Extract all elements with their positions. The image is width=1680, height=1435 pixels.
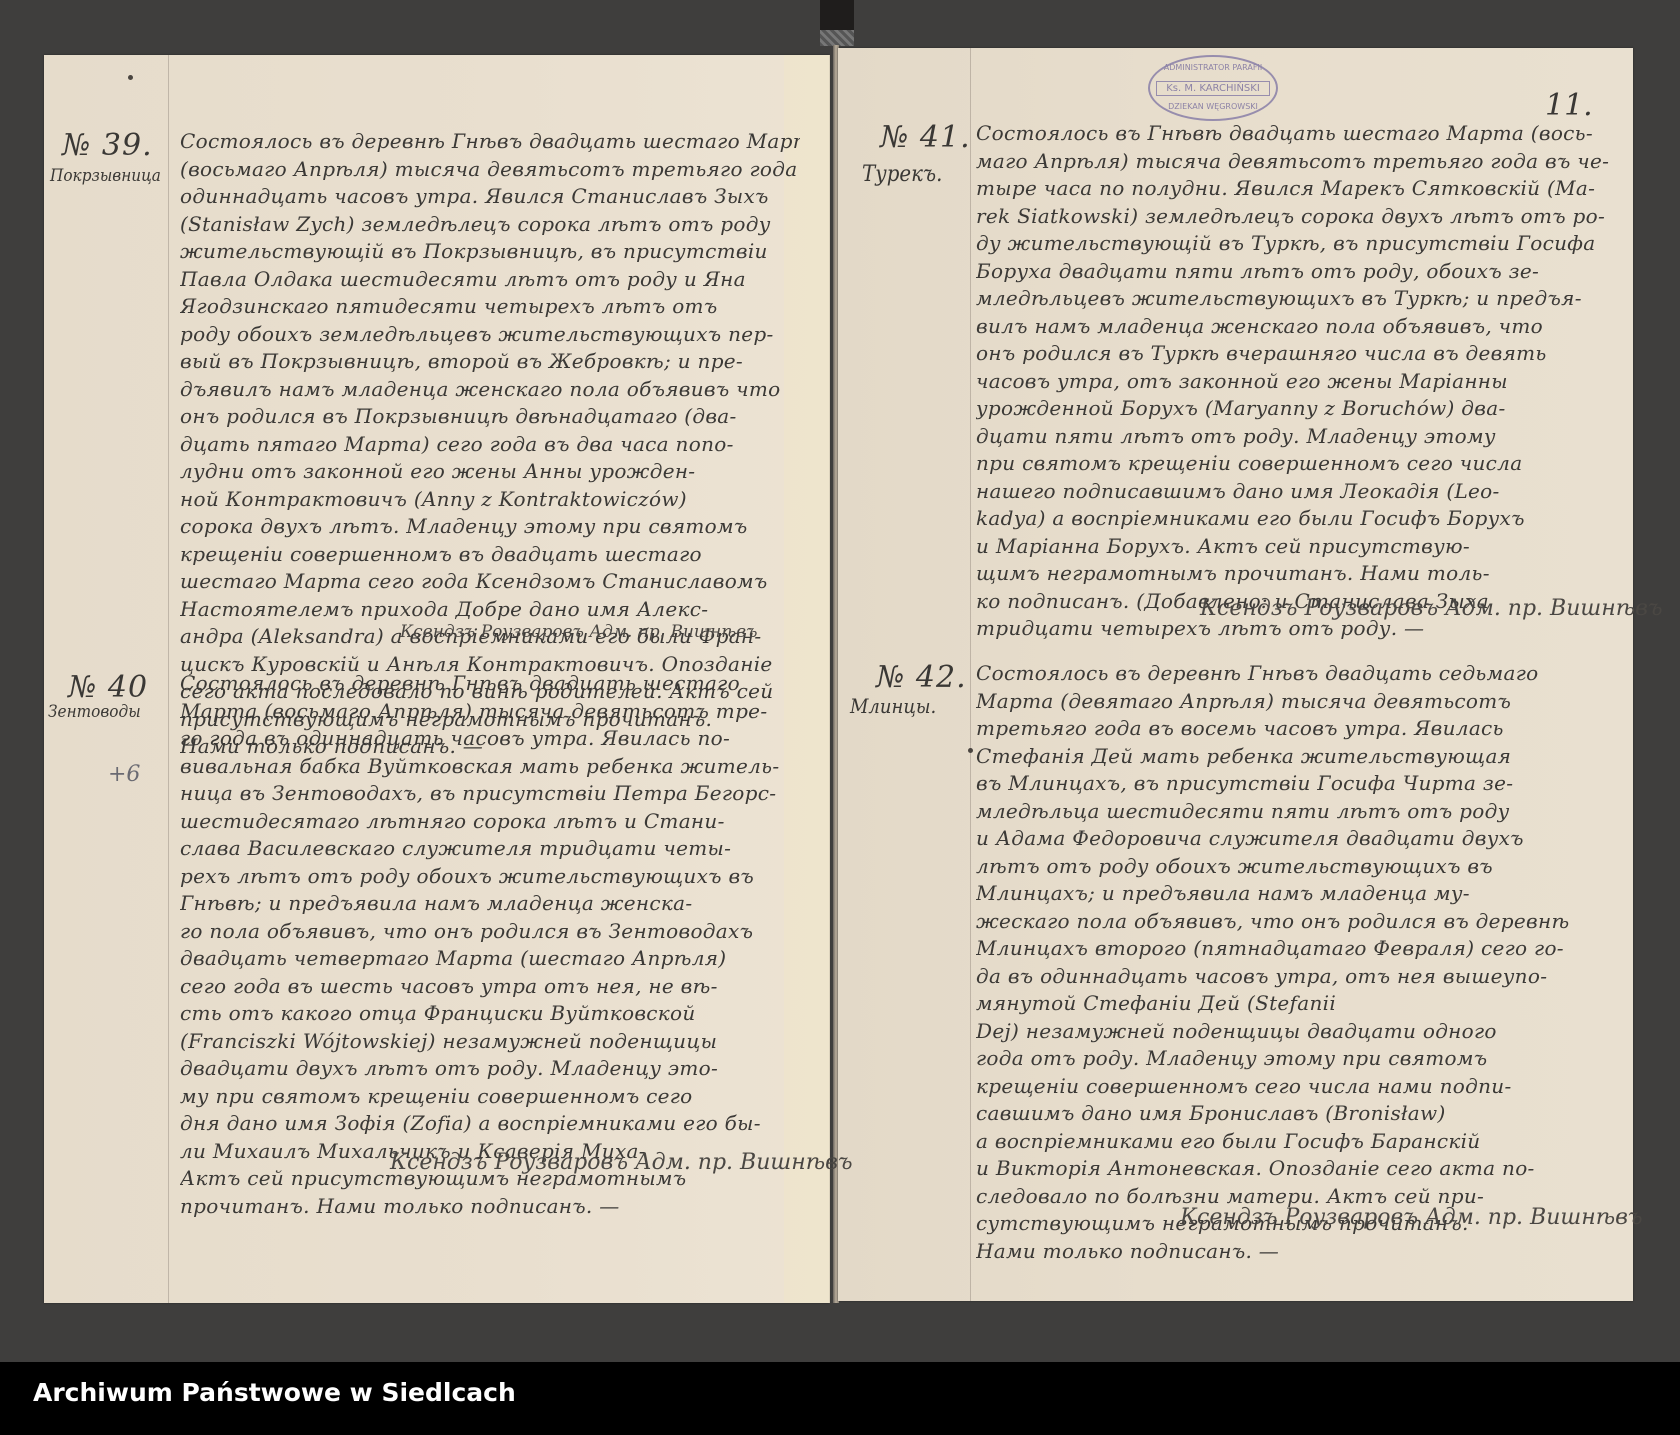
text-line: мледѣльца шестидесяти пяти лѣтъ отъ роду bbox=[976, 798, 1616, 826]
text-line: дня дано имя Зофія (Zofia) а воспріемник… bbox=[180, 1110, 800, 1138]
text-line: (Stanisław Zych) земледѣлецъ сорока лѣтъ… bbox=[180, 211, 800, 239]
text-line: (восьмаго Апрѣля) тысяча девятьсотъ трет… bbox=[180, 156, 800, 184]
text-line: Млинцахъ; и предъявила намъ младенца му- bbox=[976, 880, 1616, 908]
text-line: го пола объявивъ, что онъ родился въ Зен… bbox=[180, 918, 800, 946]
text-line: слава Василевскаго служителя тридцати че… bbox=[180, 835, 800, 863]
text-line: Марта (восьмаго Апрѣля) тысяча девятьсот… bbox=[180, 698, 800, 726]
text-line: rek Siatkowski) земледѣлецъ сорока двухъ… bbox=[976, 203, 1616, 231]
signature: Ксендзъ Роузваровъ Адм. пр. Вишнѣвъ bbox=[400, 622, 757, 642]
entry-place: Зентоводы bbox=[48, 702, 141, 722]
text-line: Состоялось въ деревнѣ Гнѣвъ двадцать шес… bbox=[180, 128, 800, 156]
text-line: Гнѣвѣ; и предъявила намъ младенца женска… bbox=[180, 890, 800, 918]
text-line: дъявилъ намъ младенца женскаго пола объя… bbox=[180, 376, 800, 404]
entry-place: Турекъ. bbox=[862, 162, 942, 187]
text-line: Боруха двадцати пяти лѣтъ отъ роду, обои… bbox=[976, 258, 1616, 286]
ink-dot bbox=[968, 748, 973, 753]
margin-line bbox=[970, 48, 971, 1301]
text-line: му при святомъ крещеніи совершенномъ сег… bbox=[180, 1083, 800, 1111]
text-line: Млинцахъ второго (пятнадцатаго Февраля) … bbox=[976, 935, 1616, 963]
text-line: нашего подписавшимъ дано имя Леокадія (L… bbox=[976, 478, 1616, 506]
archive-name: Archiwum Państwowe w Siedlcach bbox=[33, 1378, 516, 1407]
text-line: рехъ лѣтъ отъ роду обоихъ жительствующих… bbox=[180, 863, 800, 891]
text-line: маго Апрѣля) тысяча девятьсотъ третьяго … bbox=[976, 148, 1616, 176]
text-line: часовъ утра, отъ законной его жены Маріа… bbox=[976, 368, 1616, 396]
text-line: онъ родился въ Туркѣ вчерашняго числа въ… bbox=[976, 340, 1616, 368]
text-line: Ягодзинскаго пятидесяти четырехъ лѣтъ от… bbox=[180, 293, 800, 321]
text-line: ной Контрактовичъ (Anny z Kontraktowiczó… bbox=[180, 486, 800, 514]
text-line: шестидесятаго лѣтняго сорока лѣтъ и Стан… bbox=[180, 808, 800, 836]
signature: Ксендзъ Роузваровъ Адм. пр. Вишнѣвъ bbox=[1200, 596, 1663, 621]
text-line: (Franciszki Wójtowskiej) незамужней поде… bbox=[180, 1028, 800, 1056]
text-line: прочитанъ. Нами только подписанъ. — bbox=[180, 1193, 800, 1221]
entry-text: Состоялось въ деревнѣ Гнѣвъ двадцать шес… bbox=[180, 128, 800, 761]
text-line: мянутой Стефаніи Дей (Stefanii bbox=[976, 990, 1616, 1018]
text-line: сорока двухъ лѣтъ. Младенцу этому при св… bbox=[180, 513, 800, 541]
entry-place: Млинцы. bbox=[850, 694, 936, 718]
stamp-line-3: DZIEKAN WĘGROWSKI bbox=[1150, 102, 1276, 111]
text-line: тыре часа по полудни. Явился Марекъ Сятк… bbox=[976, 175, 1616, 203]
text-line: при святомъ крещеніи совершенномъ сего ч… bbox=[976, 450, 1616, 478]
ink-dot bbox=[128, 75, 133, 80]
text-line: го года въ одиннадцать часовъ утра. Явил… bbox=[180, 725, 800, 753]
entry-number: № 41. bbox=[880, 120, 971, 155]
text-line: урожденной Борухъ (Maryanny z Boruchów) … bbox=[976, 395, 1616, 423]
text-line: Dej) незамужней поденщицы двадцати одног… bbox=[976, 1018, 1616, 1046]
text-line: двадцать четвертаго Марта (шестаго Апрѣл… bbox=[180, 945, 800, 973]
entry-text: Состоялось въ деревнѣ Гнѣвъ двадцать сед… bbox=[976, 660, 1616, 1265]
margin-note: +6 bbox=[108, 762, 140, 787]
entry-number: № 40 bbox=[68, 670, 148, 705]
text-line: да въ одиннадцать часовъ утра, отъ нея в… bbox=[976, 963, 1616, 991]
margin-line bbox=[168, 55, 169, 1303]
text-line: ду жительствующій въ Туркѣ, въ присутств… bbox=[976, 230, 1616, 258]
entry-number: № 42. bbox=[876, 660, 967, 695]
text-line: савшимъ дано имя Брониславъ (Bronisław) bbox=[976, 1100, 1616, 1128]
text-line: третьяго года въ восемь часовъ утра. Яви… bbox=[976, 715, 1616, 743]
entry-place: Покрзывница bbox=[50, 166, 161, 186]
text-line: лудни отъ законной его жены Анны урожден… bbox=[180, 458, 800, 486]
text-line: жительствующій въ Покрзывницѣ, въ присут… bbox=[180, 238, 800, 266]
text-line: дцать пятаго Марта) сего года въ два час… bbox=[180, 431, 800, 459]
text-line: сть отъ какого отца Франциски Вуйтковско… bbox=[180, 1000, 800, 1028]
entry-number: № 39. bbox=[62, 128, 153, 163]
text-line: kadya) а воспріемниками его были Госифъ … bbox=[976, 505, 1616, 533]
text-line: двадцати двухъ лѣтъ отъ роду. Младенцу э… bbox=[180, 1055, 800, 1083]
archive-caption-bar: Archiwum Państwowe w Siedlcach bbox=[0, 1362, 1680, 1435]
text-line: щимъ неграмотнымъ прочитанъ. Нами толь- bbox=[976, 560, 1616, 588]
text-line: роду обоихъ земледѣльцевъ жительствующих… bbox=[180, 321, 800, 349]
text-line: Марта (девятаго Апрѣля) тысяча девятьсот… bbox=[976, 688, 1616, 716]
text-line: крещеніи совершенномъ сего числа нами по… bbox=[976, 1073, 1616, 1101]
text-line: вивальная бабка Вуйтковская мать ребенка… bbox=[180, 753, 800, 781]
text-line: дцати пяти лѣтъ отъ роду. Младенцу этому bbox=[976, 423, 1616, 451]
text-line: Стефанія Дей мать ребенка жительствующая bbox=[976, 743, 1616, 771]
text-line: вый въ Покрзывницѣ, второй въ Жебровкѣ; … bbox=[180, 348, 800, 376]
text-line: Состоялось въ деревнѣ Гнѣвъ двадцать шес… bbox=[180, 670, 800, 698]
parish-stamp: ADMINISTRATOR PARAFII Ks. M. KARCHIŃSKI … bbox=[1148, 55, 1278, 121]
text-line: жескаго пола объявивъ, что онъ родился в… bbox=[976, 908, 1616, 936]
text-line: и Маріанна Борухъ. Актъ сей присутствую- bbox=[976, 533, 1616, 561]
text-line: сего года въ шесть часовъ утра отъ нея, … bbox=[180, 973, 800, 1001]
text-line: Нами только подписанъ. — bbox=[976, 1238, 1616, 1266]
text-line: и Викторія Антоневская. Опозданіе сего а… bbox=[976, 1155, 1616, 1183]
stamp-line-2: Ks. M. KARCHIŃSKI bbox=[1156, 81, 1270, 96]
stamp-line-1: ADMINISTRATOR PARAFII bbox=[1150, 63, 1276, 72]
text-line: вилъ намъ младенца женскаго пола объявив… bbox=[976, 313, 1616, 341]
text-line: лѣтъ отъ роду обоихъ жительствующихъ въ bbox=[976, 853, 1616, 881]
entry-text: Состоялось въ Гнѣвѣ двадцать шестаго Мар… bbox=[976, 120, 1616, 643]
text-line: въ Млинцахъ, въ присутствіи Госифа Чирта… bbox=[976, 770, 1616, 798]
text-line: и Адама Федоровича служителя двадцати дв… bbox=[976, 825, 1616, 853]
text-line: онъ родился въ Покрзывницѣ двѣнадцатаго … bbox=[180, 403, 800, 431]
text-line: Павла Олдака шестидесяти лѣтъ отъ роду и… bbox=[180, 266, 800, 294]
text-line: Состоялось въ Гнѣвѣ двадцать шестаго Мар… bbox=[976, 120, 1616, 148]
folio-number: 11. bbox=[1545, 88, 1593, 123]
signature: Ксендзъ Роузваровъ Адм. пр. Вишнѣвъ bbox=[1180, 1205, 1643, 1230]
text-line: шестаго Марта сего года Ксендзомъ Станис… bbox=[180, 568, 800, 596]
text-line: крещеніи совершенномъ въ двадцать шестаг… bbox=[180, 541, 800, 569]
text-line: одиннадцать часовъ утра. Явился Станисла… bbox=[180, 183, 800, 211]
signature: Ксендзъ Роузваровъ Адм. пр. Вишнѣвъ bbox=[390, 1150, 853, 1175]
entry-text: Состоялось въ деревнѣ Гнѣвъ двадцать шес… bbox=[180, 670, 800, 1220]
text-line: года отъ роду. Младенцу этому при святом… bbox=[976, 1045, 1616, 1073]
text-line: мледѣльцевъ жительствующихъ въ Туркѣ; и … bbox=[976, 285, 1616, 313]
text-line: а воспріемниками его были Госифъ Баранск… bbox=[976, 1128, 1616, 1156]
ribbon-end bbox=[820, 30, 854, 46]
text-line: Состоялось въ деревнѣ Гнѣвъ двадцать сед… bbox=[976, 660, 1616, 688]
text-line: ница въ Зентоводахъ, въ присутствіи Петр… bbox=[180, 780, 800, 808]
text-line: Настоятелемъ прихода Добре дано имя Алек… bbox=[180, 596, 800, 624]
